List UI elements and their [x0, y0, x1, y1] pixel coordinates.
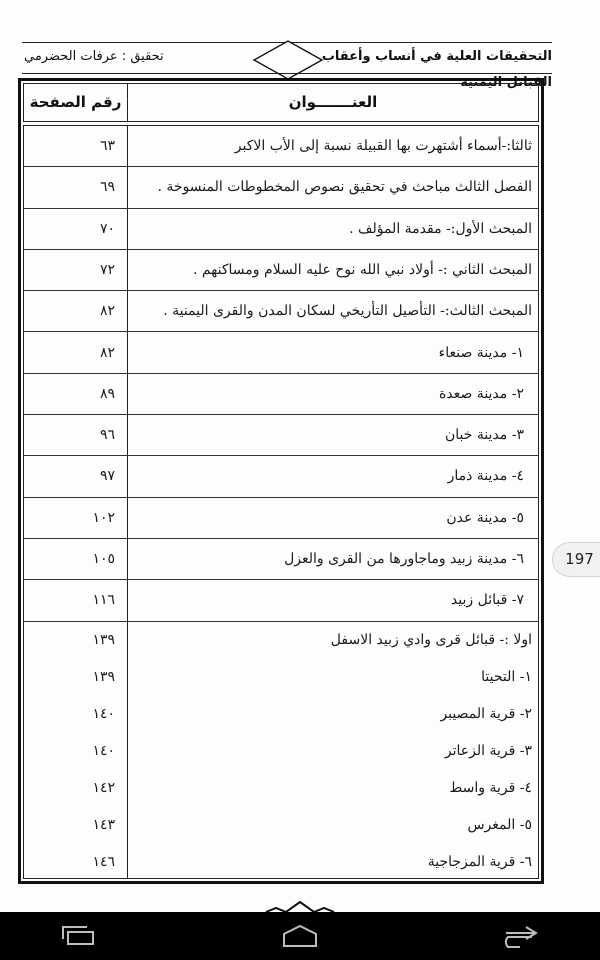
page-number-text: ١٤٣ — [92, 807, 119, 844]
page-number-text: ١٣٩ — [92, 622, 119, 659]
toc-entry-title: ٧- قبائل زبيد — [122, 580, 538, 620]
page-number-text: ١٤٠ — [92, 733, 119, 770]
toc-entry-page: ٦٣ — [24, 126, 127, 166]
toc-entry-page: ٧٢ — [24, 250, 127, 290]
toc-entry-title: ٢- قرية المصيبر — [130, 696, 538, 733]
toc-entry-title: المبحث الأول:- مقدمة المؤلف . — [130, 209, 538, 249]
page-number-text: ٦٩ — [100, 167, 119, 207]
back-icon — [498, 923, 542, 949]
page-number-text: ٨٢ — [100, 333, 119, 373]
page-number-badge[interactable]: 197 — [552, 542, 600, 577]
toc-row: ٦- مدينة زبيد وماجاورها من القرى والعزل١… — [24, 539, 538, 580]
toc-entry-page: ٧٠ — [24, 209, 127, 249]
toc-entry-title: ٥- مدينة عدن — [122, 498, 538, 538]
toc-entry-page: ٨٢ — [24, 333, 127, 373]
home-button[interactable] — [260, 912, 340, 960]
page-number-text: ١٠٥ — [92, 539, 119, 579]
page-number-text: ٧٠ — [100, 209, 119, 249]
toc-entry-page: ١٣٩ — [24, 659, 127, 696]
toc-entry-title: المبحث الثاني :- أولاد نبي الله نوح عليه… — [130, 250, 538, 290]
toc-row: المبحث الثالث:- التأصيل التأريخي لسكان ا… — [24, 291, 538, 332]
toc-entry-title: ٢- مدينة صعدة — [122, 374, 538, 414]
page-number-text: ١٠٢ — [92, 498, 119, 538]
toc-entry-title: ١- مدينة صنعاء — [122, 333, 538, 373]
page-number-text: ٩٦ — [100, 415, 119, 455]
toc-entry-title: المبحث الثالث:- التأصيل التأريخي لسكان ا… — [130, 291, 538, 331]
toc-entry-title: الفصل الثالث مباحث في تحقيق نصوص المخطوط… — [130, 167, 538, 207]
recent-apps-icon — [61, 925, 95, 947]
toc-row: المبحث الثاني :- أولاد نبي الله نوح عليه… — [24, 250, 538, 291]
system-navigation-bar — [0, 912, 600, 960]
page-number-text: ٩٧ — [100, 456, 119, 496]
toc-entry-title: ٦- مدينة زبيد وماجاورها من القرى والعزل — [122, 539, 538, 579]
toc-entry-page: ١٣٩ — [24, 622, 127, 659]
toc-row: ٢- مدينة صعدة٨٩ — [24, 374, 538, 415]
toc-row: ١- مدينة صنعاء٨٢ — [24, 333, 538, 374]
toc-row: المبحث الأول:- مقدمة المؤلف .٧٠ — [24, 209, 538, 250]
toc-row: الفصل الثالث مباحث في تحقيق نصوص المخطوط… — [24, 167, 538, 208]
toc-entry-page: ١٤٣ — [24, 807, 127, 844]
editor-credit: تحقيق : عرفات الحضرمي — [24, 44, 224, 70]
toc-row: ٥- المغرس١٤٣ — [24, 807, 538, 844]
toc-entry-title: اولا :- قبائل قرى وادي زبيد الاسفل — [130, 622, 538, 659]
back-button[interactable] — [480, 912, 560, 960]
home-icon — [282, 924, 318, 948]
toc-entry-page: ٨٢ — [24, 291, 127, 331]
toc-row: ٢- قرية المصيبر١٤٠ — [24, 696, 538, 733]
toc-entry-page: ١٤٢ — [24, 770, 127, 807]
toc-entry-title: ١- التحيتا — [130, 659, 538, 696]
page-number-text: ٨٩ — [100, 374, 119, 414]
recent-apps-button[interactable] — [38, 912, 118, 960]
toc-entry-page: ١٤٠ — [24, 696, 127, 733]
toc-entry-title: ٦- قرية المزجاجية — [130, 844, 538, 881]
page-number-text: ١٤٠ — [92, 696, 119, 733]
page-number-text: ٦٣ — [100, 126, 119, 166]
toc-row: ٤- قرية واسط١٤٢ — [24, 770, 538, 807]
toc-entry-page: ١٠٥ — [24, 539, 127, 579]
toc-row: ٦- قرية المزجاجية١٤٦ — [24, 844, 538, 881]
toc-row: ٣- مدينة خبان٩٦ — [24, 415, 538, 456]
toc-entry-page: ٩٧ — [24, 456, 127, 496]
toc-row: ٥- مدينة عدن١٠٢ — [24, 498, 538, 539]
book-page: تحقيق : عرفات الحضرمي التحقيقات العلية ف… — [0, 0, 600, 912]
toc-entry-page: ١١٦ — [24, 580, 127, 620]
toc-entry-page: ١٠٢ — [24, 498, 127, 538]
toc-row: ٧- قبائل زبيد١١٦ — [24, 580, 538, 621]
page-number-text: ٧٢ — [100, 250, 119, 290]
column-header-page: رقم الصفحة — [24, 84, 127, 121]
column-header-title: العنـــــــوان — [128, 84, 538, 121]
page-number-text: ١١٦ — [92, 580, 119, 620]
toc-row: ثالثا:-أسماء أشتهرت بها القبيلة نسبة إلى… — [24, 126, 538, 167]
page-number-text: ١٤٦ — [92, 844, 119, 881]
toc-entry-title: ٣- قرية الزعاتر — [130, 733, 538, 770]
toc-entry-page: ٨٩ — [24, 374, 127, 414]
header-rule-bottom — [22, 73, 552, 74]
toc-entry-title: ٤- مدينة ذمار — [122, 456, 538, 496]
book-title: التحقيقات العلية في أنساب وأعقاب القبائل… — [312, 44, 552, 70]
toc-row: ٣- قرية الزعاتر١٤٠ — [24, 733, 538, 770]
toc-row: اولا :- قبائل قرى وادي زبيد الاسفل١٣٩ — [24, 622, 538, 659]
toc-entry-page: ٦٩ — [24, 167, 127, 207]
page-number-text: ١٤٢ — [92, 770, 119, 807]
page-number-text: ٨٢ — [100, 291, 119, 331]
toc-row: ٤- مدينة ذمار٩٧ — [24, 456, 538, 497]
toc-entry-title: ٥- المغرس — [130, 807, 538, 844]
toc-entry-page: ١٤٠ — [24, 733, 127, 770]
toc-row: ١- التحيتا١٣٩ — [24, 659, 538, 696]
toc-entry-title: ٣- مدينة خبان — [122, 415, 538, 455]
toc-entry-title: ٤- قرية واسط — [130, 770, 538, 807]
toc-entry-title: ثالثا:-أسماء أشتهرت بها القبيلة نسبة إلى… — [130, 126, 538, 166]
toc-entry-page: ١٤٦ — [24, 844, 127, 881]
toc-entry-page: ٩٦ — [24, 415, 127, 455]
page-number-text: ١٣٩ — [92, 659, 119, 696]
